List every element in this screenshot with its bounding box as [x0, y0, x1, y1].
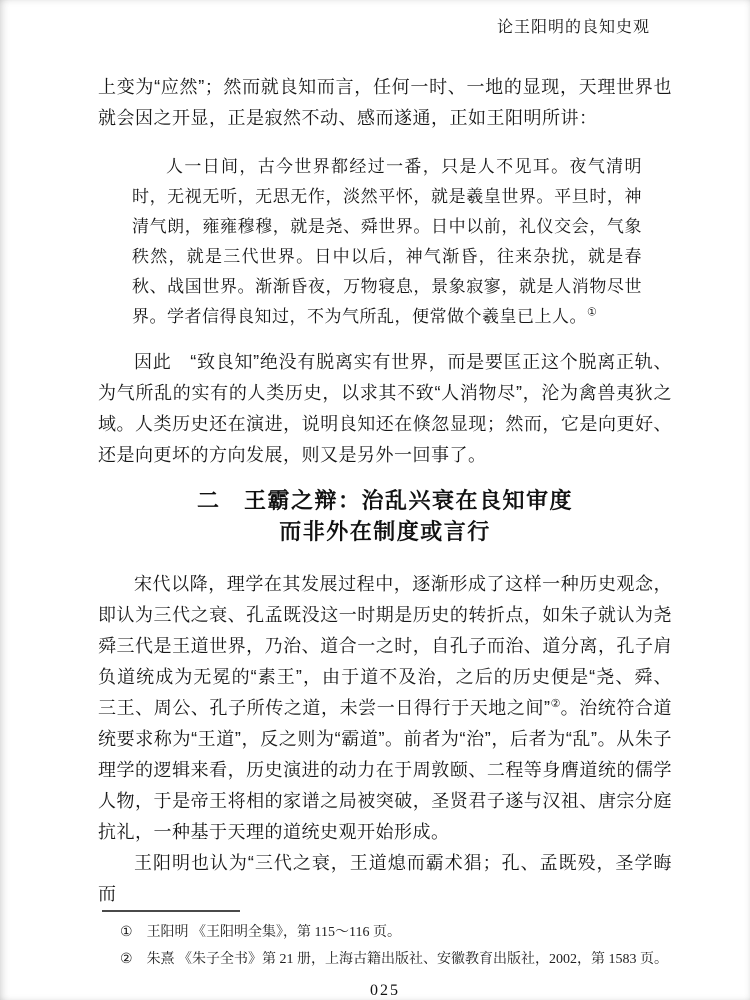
page-number: 025: [98, 982, 672, 1000]
footnote-2-marker: ②: [120, 946, 133, 973]
paragraph-song-text-before: 宋代以降，理学在其发展过程中，逐渐形成了这样一种历史观念，即认为三代之衰、孔孟既…: [98, 574, 672, 718]
section-heading: 二 王霸之辩：治乱兴衰在良知审度 而非外在制度或言行: [98, 485, 672, 547]
paragraph-song-text-after: 。治统符合道统要求称为“王道”，反之则为“霸道”。前者为“治”，后者为“乱”。从…: [98, 698, 672, 842]
paragraph-song-dynasty: 宋代以降，理学在其发展过程中，逐渐形成了这样一种历史观念，即认为三代之衰、孔孟既…: [98, 569, 672, 848]
footnote-ref-2: ②: [551, 698, 561, 710]
footnote-2: ② 朱熹 《朱子全书》第 21 册，上海古籍出版社、安徽教育出版社，2002，第…: [98, 946, 672, 973]
footnote-1: ① 王阳明 《王阳明全集》，第 115～116 页。: [98, 919, 672, 946]
section-heading-line1: 二 王霸之辩：治乱兴衰在良知审度: [98, 485, 672, 516]
paragraph-therefore: 因此 “致良知”绝没有脱离实有世界，而是要匡正这个脱离正轨、为气所乱的实有的人类…: [98, 347, 672, 471]
footnote-ref-1: ①: [587, 306, 597, 318]
footnote-1-text: 王阳明 《王阳明全集》，第 115～116 页。: [147, 919, 401, 946]
footnote-section: ① 王阳明 《王阳明全集》，第 115～116 页。 ② 朱熹 《朱子全书》第 …: [98, 910, 672, 1000]
paragraph-continuation: 上变为“应然”；然而就良知而言，任何一时、一地的显现，天理世界也就会因之开显，正…: [98, 72, 672, 134]
book-page: 论王阳明的良知史观 上变为“应然”；然而就良知而言，任何一时、一地的显现，天理世…: [0, 0, 750, 1000]
blockquote-text: 人一日间，古今世界都经过一番，只是人不见耳。夜气清明时，无视无听，无思无作，淡然…: [132, 157, 642, 326]
section-heading-line2: 而非外在制度或言行: [98, 516, 672, 547]
footnote-divider: [102, 910, 240, 912]
paragraph-wang-yangming: 王阳明也认为“三代之衰，王道熄而霸术猖；孔、孟既殁，圣学晦而: [98, 848, 672, 910]
running-header: 论王阳明的良知史观: [98, 18, 672, 38]
footnote-1-marker: ①: [120, 919, 133, 946]
footnote-2-text: 朱熹 《朱子全书》第 21 册，上海古籍出版社、安徽教育出版社，2002，第 1…: [147, 946, 669, 973]
blockquote: 人一日间，古今世界都经过一番，只是人不见耳。夜气清明时，无视无听，无思无作，淡然…: [132, 152, 642, 332]
